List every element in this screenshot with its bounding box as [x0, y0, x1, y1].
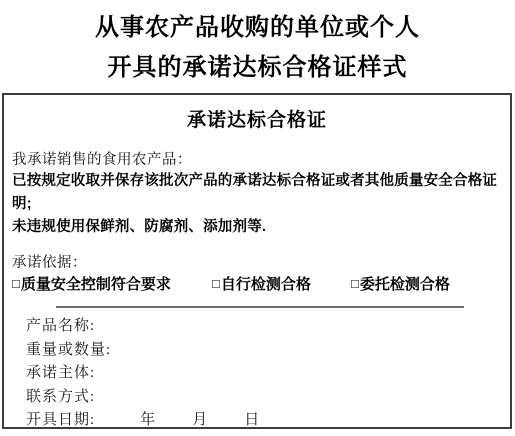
option-quality-control: □质量安全控制符合要求: [12, 275, 171, 295]
basis-options-row: □质量安全控制符合要求 □自行检测合格 □委托检测合格: [4, 275, 510, 295]
commitment-statements: 已按规定收取并保存该批次产品的承诺达标合格证或者其他质量安全合格证明; 未违规使…: [12, 170, 506, 239]
option-self-test-label: 自行检测合格: [221, 276, 311, 293]
commitment-line-2: 未违规使用保鲜剂、防腐剂、添加剂等.: [12, 216, 506, 239]
option-self-test: □自行检测合格: [212, 275, 311, 295]
field-product-name: 产品名称:: [26, 315, 510, 339]
document-page: 从事农产品收购的单位或个人 开具的承诺达标合格证样式 承诺达标合格证 我承诺销售…: [0, 0, 515, 436]
certificate-box: 承诺达标合格证 我承诺销售的食用农产品： 已按规定收取并保存该批次产品的承诺达标…: [2, 93, 512, 429]
issue-date-day-label: 日: [244, 412, 260, 428]
certificate-header: 承诺达标合格证: [4, 111, 510, 130]
checkbox-icon: □: [212, 276, 220, 291]
intro-line: 我承诺销售的食用农产品：: [12, 150, 510, 170]
option-quality-control-label: 质量安全控制符合要求: [21, 276, 171, 293]
field-contact-info: 联系方式:: [26, 386, 510, 410]
commitment-line-1: 已按规定收取并保存该批次产品的承诺达标合格证或者其他质量安全合格证明;: [12, 170, 506, 216]
basis-label: 承诺依据：: [12, 253, 510, 273]
section-divider: [56, 306, 464, 308]
field-commitment-entity: 承诺主体:: [26, 362, 510, 386]
issue-date-year-label: 年: [140, 412, 156, 428]
field-issue-date: 开具日期:年月日: [26, 409, 510, 433]
issue-date-label: 开具日期:: [26, 412, 95, 428]
option-entrusted-test-label: 委托检测合格: [360, 276, 450, 293]
checkbox-icon: □: [351, 276, 359, 291]
issue-date-month-label: 月: [192, 412, 208, 428]
option-entrusted-test: □委托检测合格: [351, 275, 450, 295]
document-title: 从事农产品收购的单位或个人 开具的承诺达标合格证样式: [0, 0, 515, 88]
document-title-line2: 开具的承诺达标合格证样式: [0, 48, 515, 88]
field-weight-or-quantity: 重量或数量:: [26, 339, 510, 363]
detail-fields: 产品名称: 重量或数量: 承诺主体: 联系方式: 开具日期:年月日: [26, 315, 510, 433]
checkbox-icon: □: [12, 276, 20, 291]
document-title-line1: 从事农产品收购的单位或个人: [0, 8, 515, 48]
